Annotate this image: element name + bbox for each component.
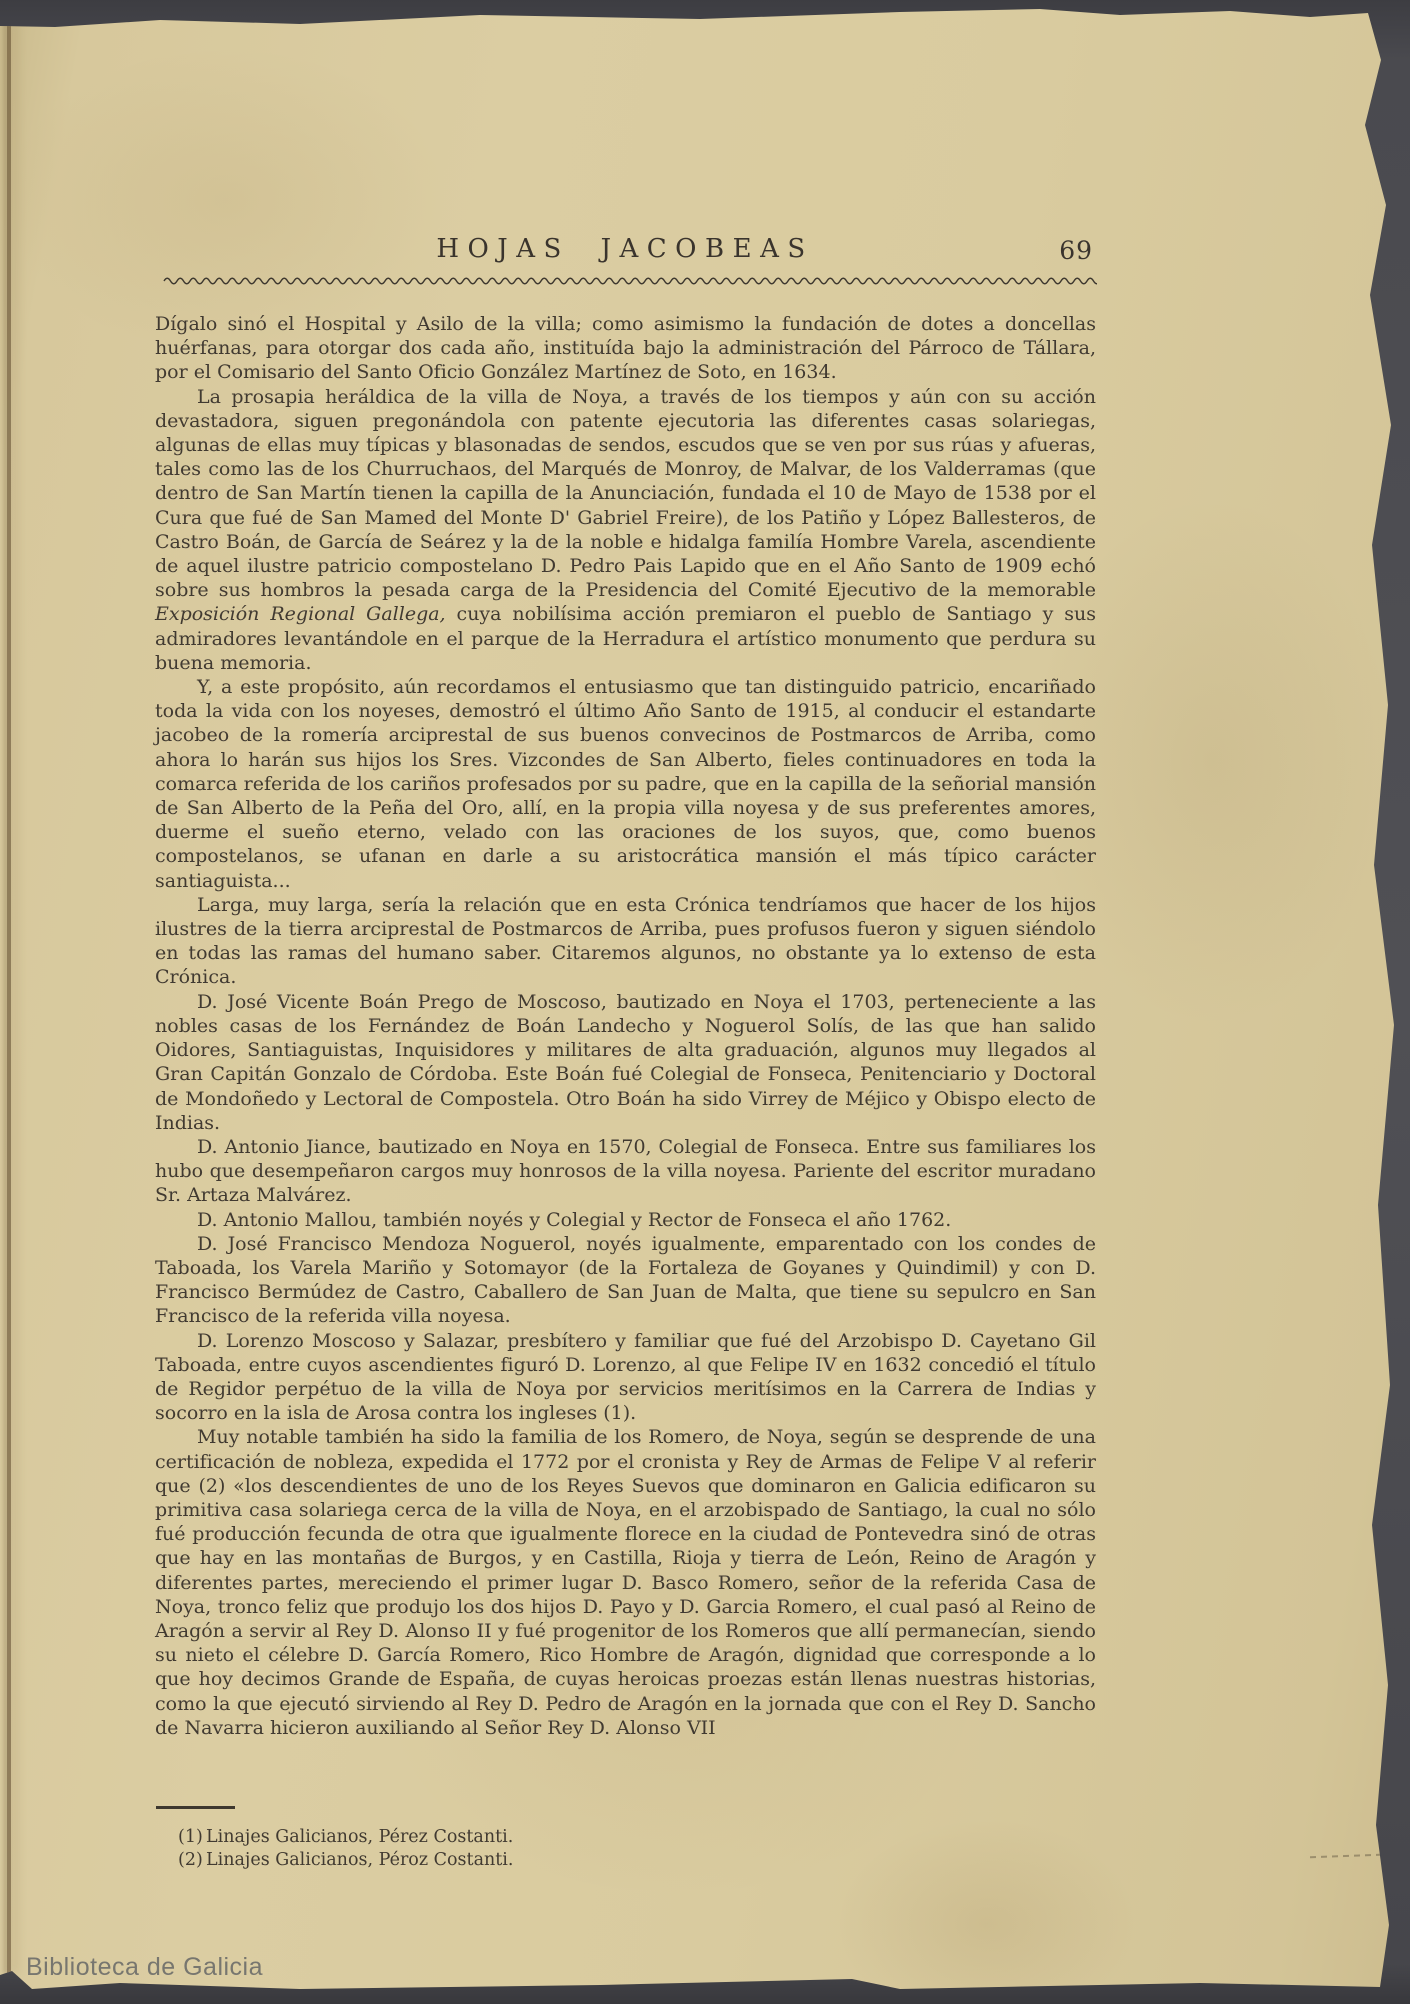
footnote-rule: [156, 1806, 235, 1809]
paragraph: Muy notable también ha sido la familia d…: [155, 1425, 1096, 1740]
pencil-mark: [1310, 1854, 1380, 1858]
paragraph: Larga, muy larga, sería la relación que …: [155, 893, 1096, 990]
binding-gutter-shadow: [7, 22, 11, 1974]
footnote: (1)Linajes Galicianos, Pérez Costanti.: [178, 1826, 878, 1849]
paragraph: D. Antonio Mallou, también noyés y Coleg…: [155, 1208, 1096, 1232]
running-title: HOJAS JACOBEAS: [155, 234, 1095, 264]
page-header: HOJAS JACOBEAS 69: [155, 234, 1095, 274]
paper-page: HOJAS JACOBEAS 69 Dígalo sinó el Hospita…: [0, 0, 1410, 2004]
paragraph: D. Lorenzo Moscoso y Salazar, presbítero…: [155, 1329, 1096, 1426]
text-run: D. Antonio Jiance, bautizado en Noya en …: [155, 1136, 1096, 1206]
text-run: La prosapia heráldica de la villa de Noy…: [155, 386, 1096, 602]
italic-run: Exposición Regional Gallega,: [155, 603, 446, 625]
footnote: (2)Linajes Galicianos, Péroz Costanti.: [178, 1849, 878, 1872]
footnote-text: Linajes Galicianos, Péroz Costanti.: [206, 1850, 513, 1870]
paragraph: D. José Vicente Boán Prego de Moscoso, b…: [155, 990, 1096, 1135]
text-run: D. Lorenzo Moscoso y Salazar, presbítero…: [155, 1330, 1096, 1425]
page-number: 69: [1059, 236, 1093, 265]
text-run: Larga, muy larga, sería la relación que …: [155, 894, 1096, 989]
footnote-marker: (2): [178, 1849, 206, 1872]
text-run: Y, a este propósito, aún recordamos el e…: [155, 676, 1096, 892]
footnote-marker: (1): [178, 1826, 206, 1849]
paragraph: D. Antonio Jiance, bautizado en Noya en …: [155, 1135, 1096, 1208]
paragraph: La prosapia heráldica de la villa de Noy…: [155, 385, 1096, 675]
text-run: D. José Francisco Mendoza Noguerol, noyé…: [155, 1233, 1096, 1328]
text-run: Muy notable también ha sido la familia d…: [155, 1426, 1096, 1738]
library-watermark: Biblioteca de Galicia: [26, 1953, 263, 1982]
text-run: Dígalo sinó el Hospital y Asilo de la vi…: [155, 313, 1096, 383]
paragraph: Dígalo sinó el Hospital y Asilo de la vi…: [155, 312, 1096, 385]
paragraph: Y, a este propósito, aún recordamos el e…: [155, 675, 1096, 893]
footnote-text: Linajes Galicianos, Pérez Costanti.: [206, 1827, 513, 1847]
text-run: D. Antonio Mallou, también noyés y Coleg…: [197, 1209, 951, 1231]
article-body: Dígalo sinó el Hospital y Asilo de la vi…: [155, 312, 1096, 1740]
text-run: D. José Vicente Boán Prego de Moscoso, b…: [155, 991, 1096, 1134]
scanned-document-page: HOJAS JACOBEAS 69 Dígalo sinó el Hospita…: [0, 0, 1410, 2004]
footnotes: (1)Linajes Galicianos, Pérez Costanti.(2…: [178, 1826, 878, 1871]
wavy-rule: [163, 274, 1097, 288]
paragraph: D. José Francisco Mendoza Noguerol, noyé…: [155, 1232, 1096, 1329]
